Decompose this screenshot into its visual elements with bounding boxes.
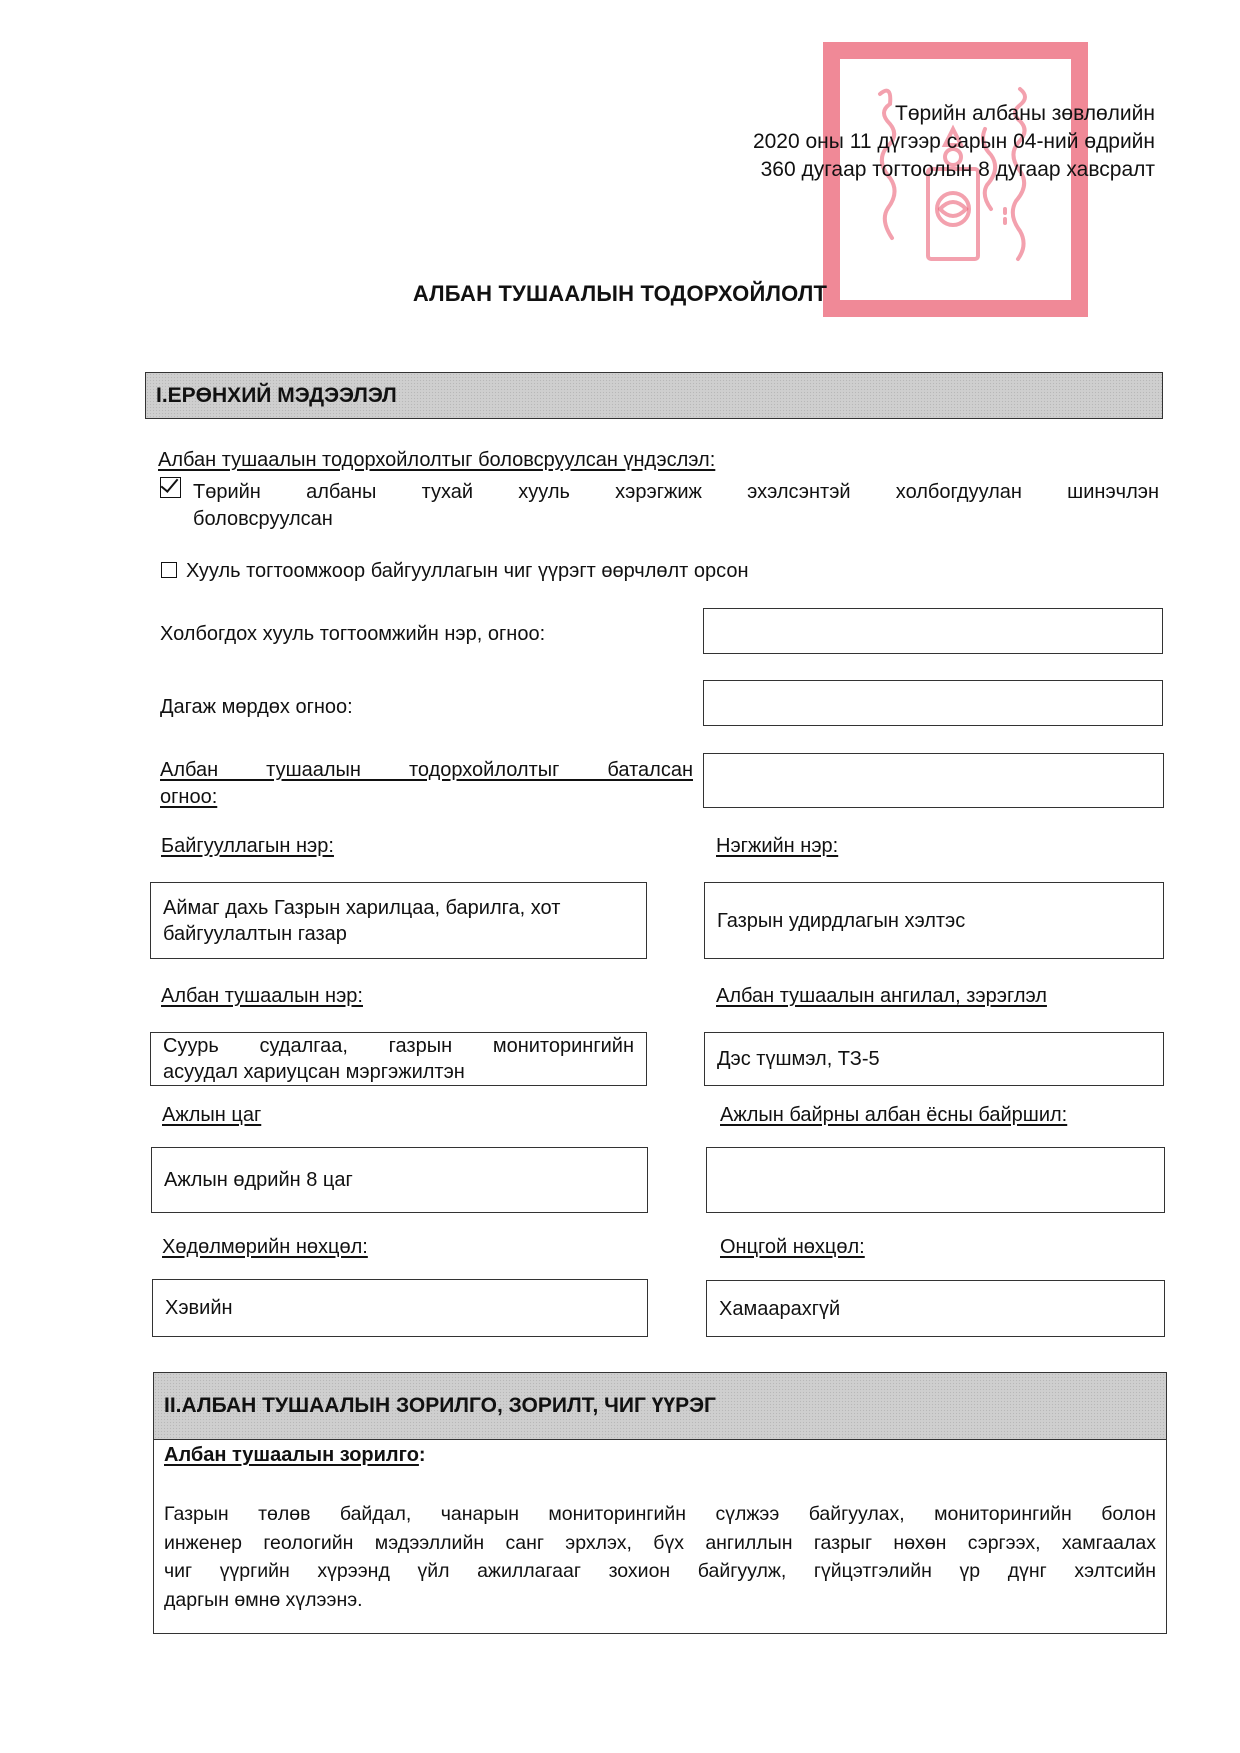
checkbox-empty-icon[interactable] [161, 562, 177, 578]
unit-label: Нэгжийн нэр: [716, 833, 838, 859]
classification-value: Дэс түшмэл, ТЗ-5 [717, 1046, 1151, 1072]
organization-label: Байгууллагын нэр: [161, 833, 334, 859]
checkbox-law-change[interactable] [161, 562, 177, 581]
work-location-label: Ажлын байрны албан ёсны байршил: [720, 1102, 1067, 1128]
position-label: Албан тушаалын нэр: [161, 983, 363, 1009]
work-conditions-value: Хэвийн [165, 1295, 635, 1321]
purpose-line: Газрын төлөв байдал, чанарын мониторинги… [164, 1500, 1156, 1529]
special-conditions-value: Хамаарахгүй [719, 1296, 1152, 1322]
position-value-line2: асуудал хариуцсан мэргэжилтэн [163, 1059, 634, 1085]
work-location-field[interactable] [706, 1147, 1165, 1213]
document-title: АЛБАН ТУШААЛЫН ТОДОРХОЙЛОЛТ [0, 281, 1240, 307]
effective-date-field[interactable] [703, 680, 1163, 726]
purpose-line: инженер геологийн мэдээллийн санг эрхлэх… [164, 1529, 1156, 1558]
unit-field[interactable]: Газрын удирдлагын хэлтэс [704, 882, 1164, 959]
option-rewrite-label-line1: Төрийн албаны тухай хууль хэрэгжиж эхэлс… [193, 479, 1159, 505]
work-hours-value: Ажлын өдрийн 8 цаг [164, 1167, 635, 1193]
position-field[interactable]: Суурь судалгаа, газрын мониторингийн асу… [150, 1032, 647, 1086]
special-conditions-label: Онцгой нөхцөл: [720, 1234, 865, 1260]
section-2-title: II.АЛБАН ТУШААЛЫН ЗОРИЛГО, ЗОРИЛТ, ЧИГ Ү… [164, 1394, 716, 1418]
header-note: Төрийн албаны зөвлөлийн 2020 оны 11 дүгэ… [753, 100, 1155, 184]
position-value-line1: Суурь судалгаа, газрын мониторингийн [163, 1033, 634, 1059]
related-law-label: Холбогдох хууль тогтоомжийн нэр, огноо: [160, 621, 545, 647]
header-note-line: Төрийн албаны зөвлөлийн [753, 100, 1155, 128]
unit-value: Газрын удирдлагын хэлтэс [717, 908, 1151, 934]
organization-field[interactable]: Аймаг дахь Газрын харилцаа, барилга, хот… [150, 882, 647, 959]
option-law-change-label: Хууль тогтоомжоор байгууллагын чиг үүрэг… [186, 558, 749, 584]
header-note-line: 2020 оны 11 дүгээр сарын 04-ний өдрийн [753, 128, 1155, 156]
organization-value: Аймаг дахь Газрын харилцаа, барилга, хот… [163, 895, 634, 947]
related-law-field[interactable] [703, 608, 1163, 654]
work-hours-field[interactable]: Ажлын өдрийн 8 цаг [151, 1147, 648, 1213]
purpose-text: Газрын төлөв байдал, чанарын мониторинги… [164, 1500, 1156, 1614]
option-rewrite-label-line2: боловсруулсан [193, 506, 333, 532]
section-1-heading: I.ЕРӨНХИЙ МЭДЭЭЛЭЛ [145, 372, 1163, 419]
work-conditions-label: Хөдөлмөрийн нөхцөл: [162, 1234, 368, 1260]
header-note-line: 360 дугаар тогтоолын 8 дугаар хавсралт [753, 156, 1155, 184]
section-2-heading: II.АЛБАН ТУШААЛЫН ЗОРИЛГО, ЗОРИЛТ, ЧИГ Ү… [154, 1373, 1166, 1440]
work-hours-label: Ажлын цаг [162, 1102, 261, 1128]
special-conditions-field[interactable]: Хамаарахгүй [706, 1280, 1165, 1337]
purpose-label: Албан тушаалын зорилго [164, 1444, 419, 1466]
approved-date-label-line2: огноо: [160, 784, 217, 810]
purpose-line: чиг үүргийн хүрээнд үйл ажиллагааг зохио… [164, 1557, 1156, 1586]
checkbox-rewrite-law[interactable] [160, 477, 181, 501]
purpose-heading: Албан тушаалын зорилго: [164, 1442, 1156, 1468]
classification-label: Албан тушаалын ангилал, зэрэглэл [716, 983, 1047, 1009]
approved-date-field[interactable] [703, 753, 1164, 808]
effective-date-label: Дагаж мөрдөх огноо: [160, 694, 353, 720]
checkbox-checked-icon[interactable] [160, 477, 181, 498]
section-2: II.АЛБАН ТУШААЛЫН ЗОРИЛГО, ЗОРИЛТ, ЧИГ Ү… [153, 1372, 1167, 1634]
purpose-line: даргын өмнө хүлээнэ. [164, 1586, 1156, 1615]
section-1-title: I.ЕРӨНХИЙ МЭДЭЭЛЭЛ [156, 384, 397, 408]
purpose-colon: : [419, 1444, 426, 1466]
work-conditions-field[interactable]: Хэвийн [152, 1279, 648, 1337]
basis-label: Албан тушаалын тодорхойлолтыг боловсруул… [158, 447, 715, 473]
classification-field[interactable]: Дэс түшмэл, ТЗ-5 [704, 1032, 1164, 1086]
approved-date-label-line1: Албан тушаалын тодорхойлолтыг баталсан [160, 757, 693, 783]
